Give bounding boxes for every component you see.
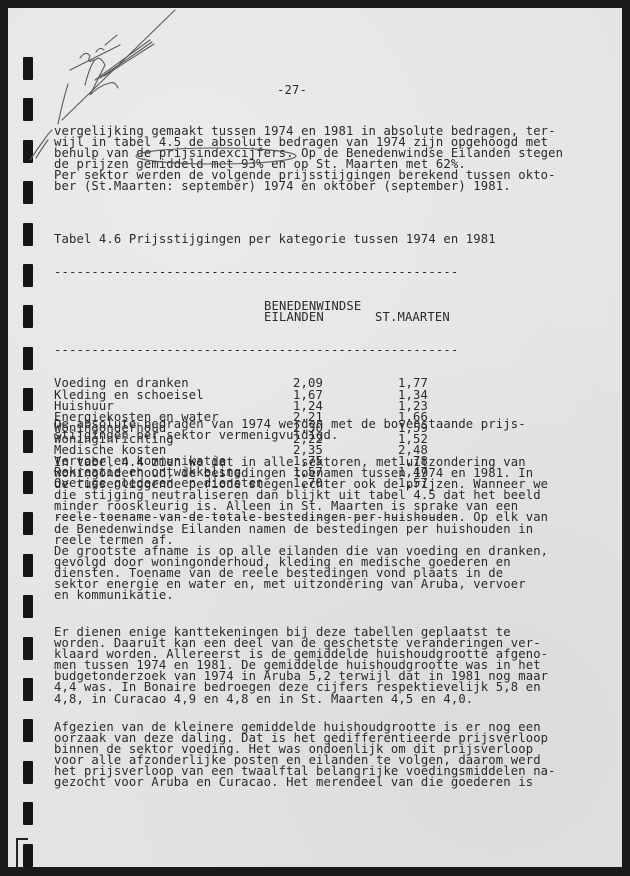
binding-hole xyxy=(23,719,33,742)
table-header: BENEDENWINDSE EILANDEN ST.MAARTEN xyxy=(54,301,496,323)
table-rule-top: ----------------------------------------… xyxy=(54,267,458,278)
binding-hole xyxy=(23,388,33,411)
header-benedenwindse-line2: EILANDEN xyxy=(264,312,324,323)
binding-hole xyxy=(23,264,33,287)
binding-hole xyxy=(23,305,33,328)
table-rule-middle: ----------------------------------------… xyxy=(54,345,458,356)
table-title: Tabel 4.6 Prijsstijgingen per kategorie … xyxy=(54,234,496,245)
binding-hole xyxy=(23,347,33,370)
paragraph-3: Er dienen enige kanttekeningen bij deze … xyxy=(54,627,548,705)
binding-hole xyxy=(23,637,33,660)
binding-hole xyxy=(23,678,33,701)
header-st-maarten: ST.MAARTEN xyxy=(375,312,450,323)
crop-mark xyxy=(16,838,18,867)
binding-hole xyxy=(23,57,33,80)
crop-mark xyxy=(16,838,28,840)
intro-paragraph: vergelijking gemaakt tussen 1974 en 1981… xyxy=(54,126,563,193)
text-line: ber (St.Maarten: september) 1974 en okto… xyxy=(54,181,563,192)
binding-hole xyxy=(23,181,33,204)
paragraph-2: In tabel 4.4 zien we dat in alle sektore… xyxy=(54,457,548,601)
text-line: en kommunikatie. xyxy=(54,590,548,601)
binding-hole xyxy=(23,430,33,453)
binding-hole xyxy=(23,802,33,825)
binding-hole xyxy=(23,223,33,246)
binding-hole xyxy=(23,140,33,163)
binding-hole xyxy=(23,595,33,618)
binding-hole xyxy=(23,471,33,494)
text-line: gezocht voor Aruba en Curacao. Het meren… xyxy=(54,777,556,788)
text-line: stijgingen per sektor vermenigvuldigd. xyxy=(54,430,526,441)
binding-hole xyxy=(23,761,33,784)
binding-hole xyxy=(23,512,33,535)
binding-hole xyxy=(23,554,33,577)
paragraph-4: Afgezien van de kleinere gemiddelde huis… xyxy=(54,722,556,789)
text-line: 4,8, in Curacao 4,9 en 4,8 en in St. Maa… xyxy=(54,694,548,705)
page-number: -27- xyxy=(277,85,307,96)
paragraph-1: De absolute bedragen van 1974 werden met… xyxy=(54,419,526,441)
binding-hole xyxy=(23,844,33,867)
table-row: Kleding en schoeisel1,671,34 xyxy=(54,390,496,401)
binding-hole xyxy=(23,98,33,121)
